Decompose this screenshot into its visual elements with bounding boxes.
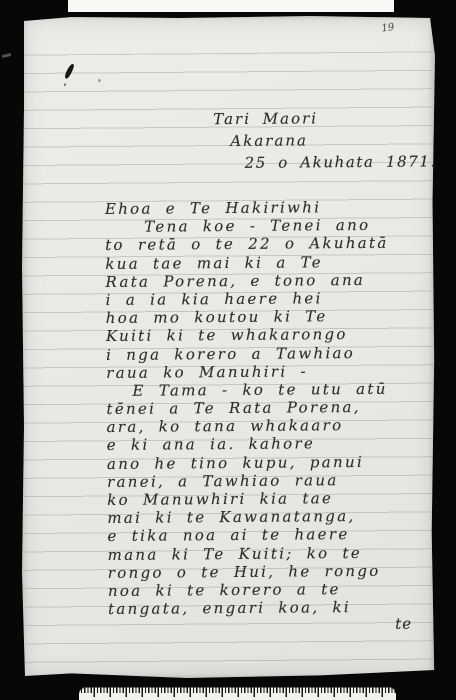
ink-spot bbox=[98, 79, 101, 82]
body-line-11: E Tama - ko te utu atū bbox=[106, 379, 426, 400]
letterhead-place: Akarana bbox=[230, 131, 308, 150]
manuscript-page: 19 Tari Maori Akarana 25 o Akuhata 1871.… bbox=[22, 16, 435, 678]
ink-spot-small bbox=[64, 83, 66, 86]
body-line-21: rongo o te Hui, he rongo bbox=[108, 561, 428, 582]
archive-photo: 19 Tari Maori Akarana 25 o Akuhata 1871.… bbox=[0, 0, 456, 700]
body-line-23: tangata, engari koa, ki bbox=[108, 598, 428, 619]
catchword: te bbox=[395, 615, 412, 633]
folio-number: 19 bbox=[381, 22, 395, 35]
letterhead-date: 25 o Akuhata 1871. bbox=[244, 152, 436, 172]
letterhead-office: Tari Maori bbox=[213, 109, 318, 128]
adjacent-page-edge bbox=[68, 0, 394, 12]
dust-speck bbox=[2, 53, 11, 58]
letter-body: Ehoa e Te Hakiriwhi Tena koe - Tenei ano… bbox=[105, 197, 428, 618]
body-line-3: to retā o te 22 o Akuhatā bbox=[105, 234, 425, 255]
measuring-ruler bbox=[79, 687, 396, 700]
